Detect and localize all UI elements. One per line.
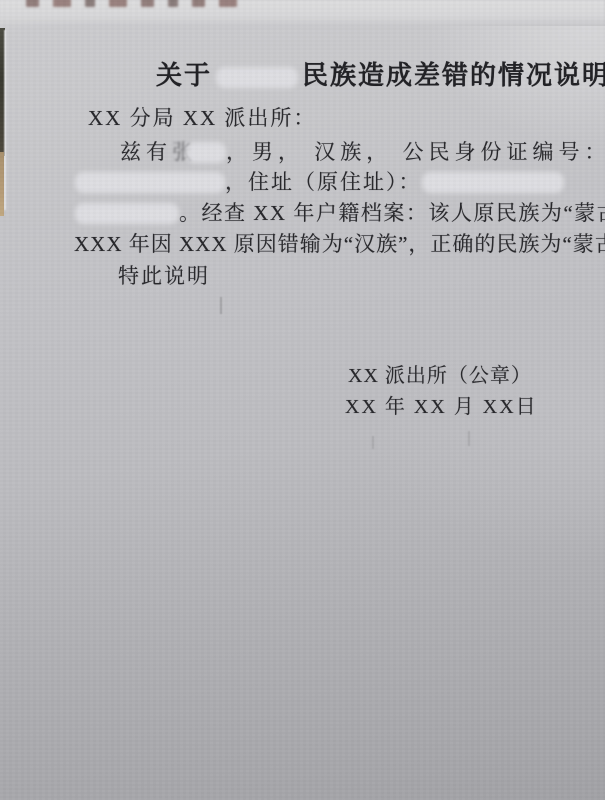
document-title: 关于民族造成差错的情况说明 xyxy=(156,62,605,88)
body-line3-rest: 。经查 XX 年户籍档案：该人原民族为“蒙古族”， xyxy=(179,201,605,225)
salutation: XX 分局 XX 派出所： xyxy=(88,105,316,131)
body-line-2: ，住址（原住址）： xyxy=(75,169,564,195)
title-suffix: 民族造成差错的情况说明 xyxy=(302,60,605,90)
body-line-4: XXX 年因 XXX 原因错输为“汉族”，正确的民族为“蒙古族”。 xyxy=(74,231,605,257)
paper-crease xyxy=(220,297,222,314)
paper-crease xyxy=(468,431,470,446)
body-line-1: 兹有张，男， 汉族， 公民身份证编号： xyxy=(120,139,605,165)
date-line: XX 年 XX 月 XX日 xyxy=(345,394,538,420)
redacted-address-cont xyxy=(75,203,179,224)
body-line1-lead: 兹有 xyxy=(120,140,172,164)
cutoff-red-stamp-text xyxy=(26,0,237,7)
title-prefix: 关于 xyxy=(156,60,212,90)
desk-edge-tan xyxy=(0,152,4,216)
body-line1-rest: ，男， 汉族， 公民身份证编号： xyxy=(226,140,605,164)
paper-side-glare xyxy=(365,300,605,560)
body-line-3: 。经查 XX 年户籍档案：该人原民族为“蒙古族”， xyxy=(75,200,605,226)
body-line2-mid: ，住址（原住址）： xyxy=(225,170,422,194)
redacted-address xyxy=(422,172,564,193)
document-photo: 关于民族造成差错的情况说明 XX 分局 XX 派出所： 兹有张，男， 汉族， 公… xyxy=(0,0,605,800)
closing-statement: 特此说明 xyxy=(118,263,210,289)
redacted-name xyxy=(186,142,226,163)
signature-line: XX 派出所（公章） xyxy=(348,363,532,389)
paper-crease xyxy=(372,436,374,449)
redacted-id-number xyxy=(75,172,225,193)
paper-left-edge xyxy=(4,30,6,210)
redacted-title-name xyxy=(216,67,298,88)
